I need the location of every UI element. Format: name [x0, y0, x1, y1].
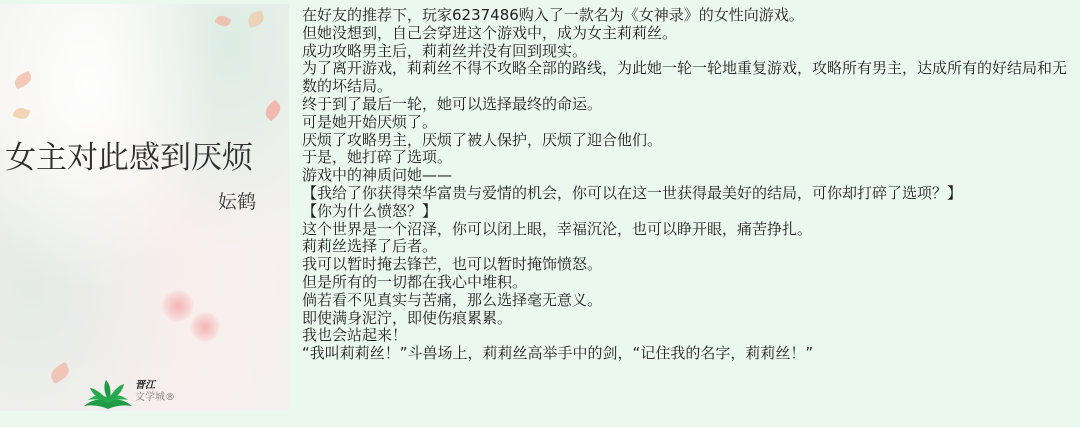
synopsis-line: 于是，她打碎了选项。 [302, 149, 1077, 167]
book-leaf-icon [82, 376, 134, 410]
synopsis-line: 莉莉丝选择了后者。 [302, 238, 1077, 256]
book-synopsis: 在好友的推荐下，玩家6237486购入了一款名为《女神录》的女性向游戏。 但她没… [302, 7, 1077, 363]
synopsis-line: 但是所有的一切都在我心中堆积。 [302, 274, 1077, 292]
petal-decoration [13, 106, 31, 121]
synopsis-line: “我叫莉莉丝！”斗兽场上，莉莉丝高举手中的剑，“记住我的名字，莉莉丝！” [302, 345, 1077, 363]
synopsis-line: 成功攻略男主后，莉莉丝并没有回到现实。 [302, 43, 1077, 61]
synopsis-line: 【你为什么愤怒？】 [302, 203, 1077, 221]
synopsis-line: 倘若看不见真实与苦痛，那么选择毫无意义。 [302, 292, 1077, 310]
petal-decoration [12, 71, 33, 89]
synopsis-line: 我也会站起来！ [302, 327, 1077, 345]
synopsis-line: 终于到了最后一轮，她可以选择最终的命运。 [302, 96, 1077, 114]
synopsis-line: 我可以暂时掩去锋芒，也可以暂时掩饰愤怒。 [302, 256, 1077, 274]
synopsis-line: 为了离开游戏，莉莉丝不得不攻略全部的路线，为此她一轮一轮地重复游戏，攻略所有男主… [302, 60, 1074, 96]
book-cover-image: 女主对此感到厌烦 妘鹤 晋江 文学城® [0, 4, 289, 411]
publisher-name: 文学城® [135, 388, 175, 403]
synopsis-line: 但她没想到，自己会穿进这个游戏中，成为女主莉莉丝。 [302, 25, 1077, 43]
synopsis-line: 这个世界是一个沼泽，你可以闭上眼，幸福沉沦，也可以睁开眼，痛苦挣扎。 [302, 221, 1077, 239]
publisher-logo: 晋江 文学城® [82, 376, 202, 410]
cover-author: 妘鹤 [218, 187, 256, 214]
synopsis-line: 在好友的推荐下，玩家6237486购入了一款名为《女神录》的女性向游戏。 [302, 7, 1077, 25]
synopsis-line: 游戏中的神质问她—— [302, 167, 1077, 185]
petal-decoration [214, 13, 231, 29]
petal-decoration [262, 100, 284, 122]
synopsis-line: 可是她开始厌烦了。 [302, 114, 1077, 132]
blossom-decoration [190, 312, 220, 342]
synopsis-line: 【我给了你获得荣华富贵与爱情的机会，你可以在这一世获得最美好的结局，可你却打碎了… [302, 185, 1077, 203]
petal-decoration [246, 10, 265, 28]
synopsis-line: 厌烦了攻略男主，厌烦了被人保护，厌烦了迎合他们。 [302, 132, 1077, 150]
cover-title: 女主对此感到厌烦 [5, 132, 289, 177]
blossom-decoration [162, 290, 194, 322]
synopsis-line: 即使满身泥泞，即使伤痕累累。 [302, 310, 1077, 328]
petal-decoration [48, 362, 72, 384]
